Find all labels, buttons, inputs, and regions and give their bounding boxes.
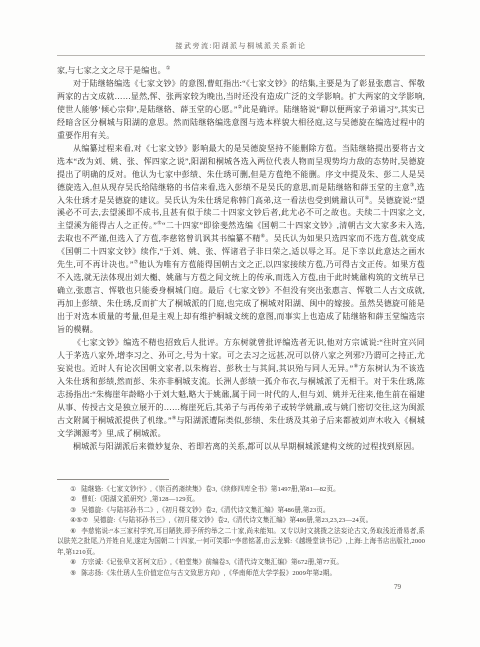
footnote-item: ③吴德旋:《与陆祁孙书二》,《初月楼文钞》卷2,《清代诗文集汇编》第486册,第… [57, 506, 425, 517]
footnote-text: 李慈铭说:“本三家村学究,耳目陋狭,即予所约举之二十家,尚未能知。又专以时文挑拨… [57, 528, 425, 556]
footnote-label: ⑥ [70, 528, 76, 535]
footnote-label: ③ [70, 507, 76, 514]
body-paragraph: 《七家文钞》编选不精也招致后人批评。方东树就曾批评编选者无识,他对方宗诚说:“往… [57, 337, 425, 441]
footnote-text: 方宗诚:《记张皋文茗柯文后》,《柏堂集》前编卷3,《清代诗文集汇编》第672册,… [81, 559, 343, 566]
footnote-item: ⑨陈志扬:《朱仕琇人生价值定位与古文致思方向》,《华南师范大学学报》2009年第… [57, 569, 425, 580]
footnote-item: ⑥李慈铭说:“本三家村学究,耳目陋狭,即予所约举之二十家,尚未能知。又专以时文挑… [57, 527, 425, 559]
header-rule [57, 55, 425, 56]
footnote-text: 吴德旋:《与陆祁孙书三》,《初月楼文钞》卷2,《清代诗文集汇编》第486册,第2… [93, 517, 372, 524]
footnote-label: ⑨ [70, 570, 76, 577]
footnote-text: 陆继辂:《七家文钞序》,《崇百药斋续集》卷3,《续修四库全书》第1497册,第8… [81, 486, 340, 493]
body-paragraph: 对于陆继辂编选《七家文钞》的意图,曹虹指出:“《七家文钞》的结集,主要是为了彰显… [57, 78, 425, 143]
footnote-text: 曹虹:《阳湖文派研究》,第128—129页。 [81, 496, 199, 503]
footnote-separator [57, 479, 169, 480]
body-paragraph-continuation: 家,与七家之文之尽于是编也。① [57, 65, 425, 78]
body-text: 家,与七家之文之尽于是编也。① 对于陆继辂编选《七家文钞》的意图,曹虹指出:“《… [57, 65, 425, 454]
footnote-text: 陈志扬:《朱仕琇人生价值定位与古文致思方向》,《华南师范大学学报》2009年第2… [81, 570, 336, 577]
body-paragraph: 从编纂过程来看,对《七家文钞》影响最大的是吴德旋坚持不能删除方苞。当陆继辂提出要… [57, 143, 425, 337]
footnote-item: ②曹虹:《阳湖文派研究》,第128—129页。 [57, 495, 425, 506]
body-paragraph: 桐城派与阳湖派后来微妙复杂、若即若离的关系,都可以从早期桐城派建构文统的过程找到… [57, 441, 425, 454]
footnote-item: ①陆继辂:《七家文钞序》,《崇百药斋续集》卷3,《续修四库全书》第1497册,第… [57, 485, 425, 496]
footnote-item: ⑧方宗诚:《记张皋文茗柯文后》,《柏堂集》前编卷3,《清代诗文集汇编》第672册… [57, 558, 425, 569]
footnote-item: ④⑤⑦吴德旋:《与陆祁孙书三》,《初月楼文钞》卷2,《清代诗文集汇编》第486册… [57, 516, 425, 527]
footnote-label: ② [70, 496, 76, 503]
footnote-text: 吴德旋:《与陆祁孙书二》,《初月楼文钞》卷2,《清代诗文集汇编》第486册,第2… [81, 507, 329, 514]
running-title: 接武旁流:阳湖派与桐城派关系新论 [57, 42, 425, 50]
paper-page: 接武旁流:阳湖派与桐城派关系新论 家,与七家之文之尽于是编也。① 对于陆继辂编选… [0, 0, 480, 647]
page-number: 79 [394, 583, 401, 591]
footnotes-block: ①陆继辂:《七家文钞序》,《崇百药斋续集》卷3,《续修四库全书》第1497册,第… [57, 479, 425, 580]
footnote-label: ⑧ [70, 559, 76, 566]
footnote-label: ④⑤⑦ [70, 517, 88, 524]
footnote-label: ① [70, 486, 76, 493]
